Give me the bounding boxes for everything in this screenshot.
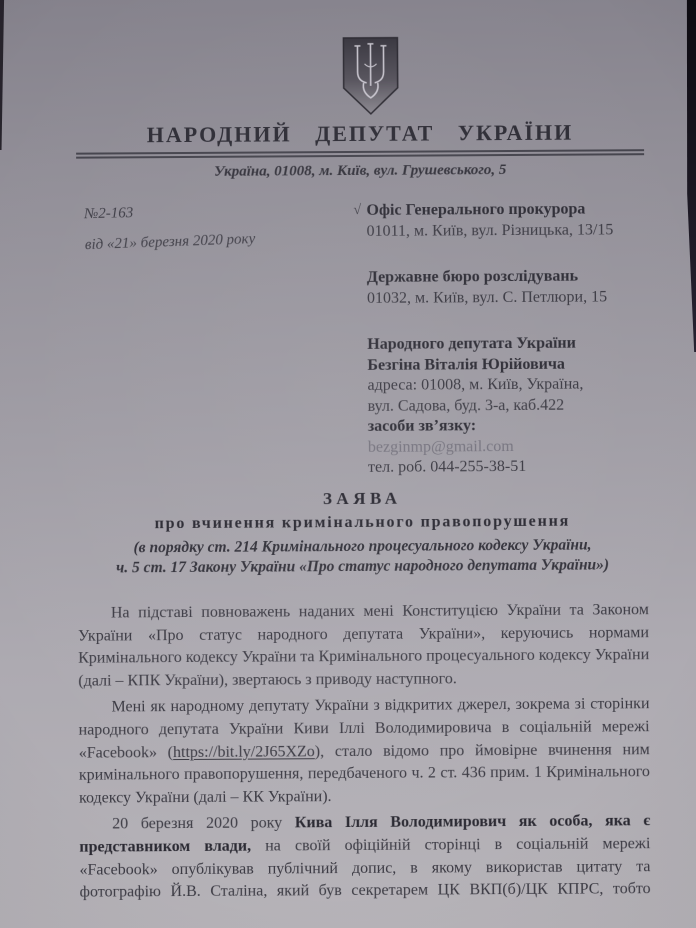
recipient-address: 01011, м. Київ, вул. Різницька, 13/15 (367, 220, 657, 242)
ukraine-trident-emblem (341, 36, 399, 116)
handwritten-checkmark: √ (353, 201, 361, 222)
letterhead-divider (76, 149, 644, 158)
letterhead-address: Україна, 01008, м. Київ, вул. Грушевсько… (76, 161, 644, 181)
sender-address-line-2: вул. Садова, буд. 3-а, каб.422 (368, 395, 658, 417)
paragraph-3-date: 20 березня 2020 року (112, 815, 295, 833)
sender-email: bezginmp@gmail.com (368, 436, 658, 458)
reference-number: №2-163 (84, 202, 255, 223)
statement-subtitle: про вчинення кримінального правопорушенн… (78, 512, 646, 533)
recipient-name-text: Державне бюро розслідувань (367, 268, 578, 286)
sender-phone: тел. роб. 044-255-38-51 (368, 456, 658, 478)
facebook-post-link: https://bit.ly/2J65XZo (173, 743, 315, 761)
document-photo: НАРОДНИЙ ДЕПУТАТ УКРАЇНИ Україна, 01008,… (0, 0, 696, 928)
sender-title: Народного депутата України (367, 333, 657, 355)
recipient-prosecutor-office: √ Офіс Генерального прокурора 01011, м. … (366, 199, 656, 242)
legal-reference-line-2: ч. 5 ст. 17 Закону України «Про статус н… (79, 555, 647, 578)
sender-address-line-1: адреса: 01008, м. Київ, Україна, (367, 374, 657, 396)
subject-block: ЗАЯВА про вчинення кримінального правопо… (78, 487, 647, 578)
paragraph-1: На підставі повноважень наданих мені Кон… (78, 599, 650, 693)
letterhead-title: НАРОДНИЙ ДЕПУТАТ УКРАЇНИ (76, 119, 644, 148)
paragraph-3: 20 березня 2020 року Кива Ілля Володимир… (79, 811, 651, 905)
sender-block: Народного депутата України Безгіна Вітал… (367, 333, 658, 478)
recipient-name: Державне бюро розслідувань (367, 266, 657, 288)
recipient-state-bureau: Державне бюро розслідувань 01032, м. Киї… (367, 266, 657, 309)
recipient-address: 01032, м. Київ, вул. С. Петлюри, 15 (367, 287, 657, 309)
sender-name: Безгіна Віталія Юрійовича (367, 354, 657, 376)
sender-contacts-label: засоби зв’язку: (368, 415, 658, 437)
recipient-name: √ Офіс Генерального прокурора (366, 199, 656, 221)
letter-page: НАРОДНИЙ ДЕПУТАТ УКРАЇНИ Україна, 01008,… (0, 0, 696, 928)
reference-block: №2-163 від «21» березня 2020 року (84, 202, 256, 253)
letter-body: На підставі повноважень наданих мені Кон… (78, 599, 651, 904)
statement-title: ЗАЯВА (78, 487, 646, 510)
reference-date: від «21» березня 2020 року (85, 231, 256, 254)
recipient-name-text: Офіс Генерального прокурора (366, 201, 585, 219)
paragraph-2: Мені як народному депутату України з від… (78, 694, 650, 810)
statement-legal-reference: (в порядку ст. 214 Кримінального процесу… (78, 535, 646, 578)
addressees-block: √ Офіс Генерального прокурора 01011, м. … (366, 199, 658, 478)
